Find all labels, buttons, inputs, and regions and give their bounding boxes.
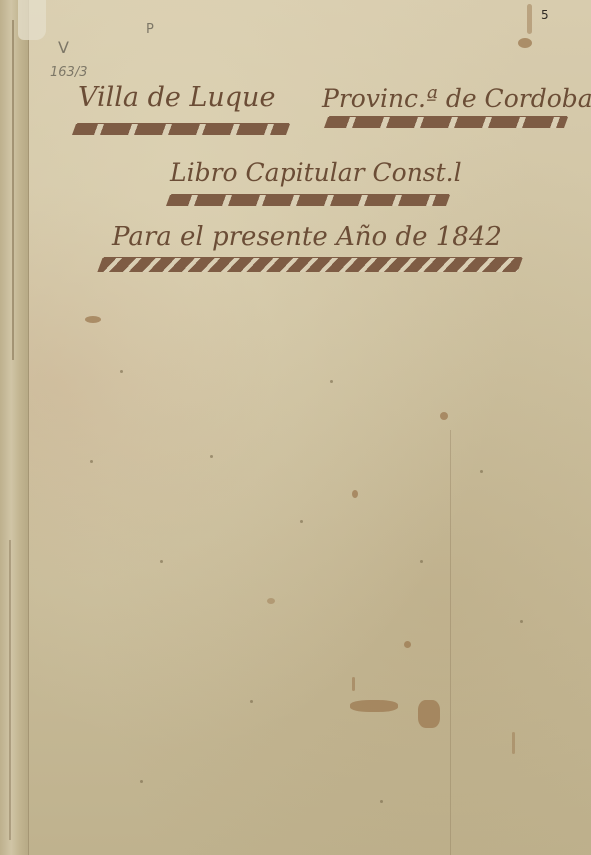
catalog-number: 163/3 [50,65,87,80]
decorative-band-1 [72,124,290,135]
decorative-band-3 [166,195,450,206]
folio-number: 5 [541,8,549,22]
decorative-band-2 [324,117,568,128]
torn-corner [18,0,46,40]
title-villa: Villa de Luque [78,82,275,113]
stain [267,598,275,604]
stain [404,641,411,648]
stain [352,677,355,691]
decorative-band-4 [97,258,522,272]
ink-blot [518,38,532,48]
manuscript-page: V P 163/3 5 Villa de Luque Provinc.ª de … [0,0,591,855]
binding-spine [0,0,29,855]
stain [352,490,358,498]
stain [512,732,515,754]
stain [418,700,440,728]
pencil-note-v: V [58,38,69,57]
paper-fold-line [450,430,451,855]
stain [440,412,448,420]
title-provincia: Provinc.ª de Cordoba [322,84,591,113]
stain [350,700,398,712]
stain [85,316,101,323]
title-year-line: Para el presente Año de 1842 [112,222,502,252]
spine-thread [12,20,14,360]
ink-streak [527,4,532,34]
title-libro: Libro Capitular Const.l [170,158,462,187]
spine-thread-lower [9,540,11,840]
pencil-note-p: P [146,22,154,37]
